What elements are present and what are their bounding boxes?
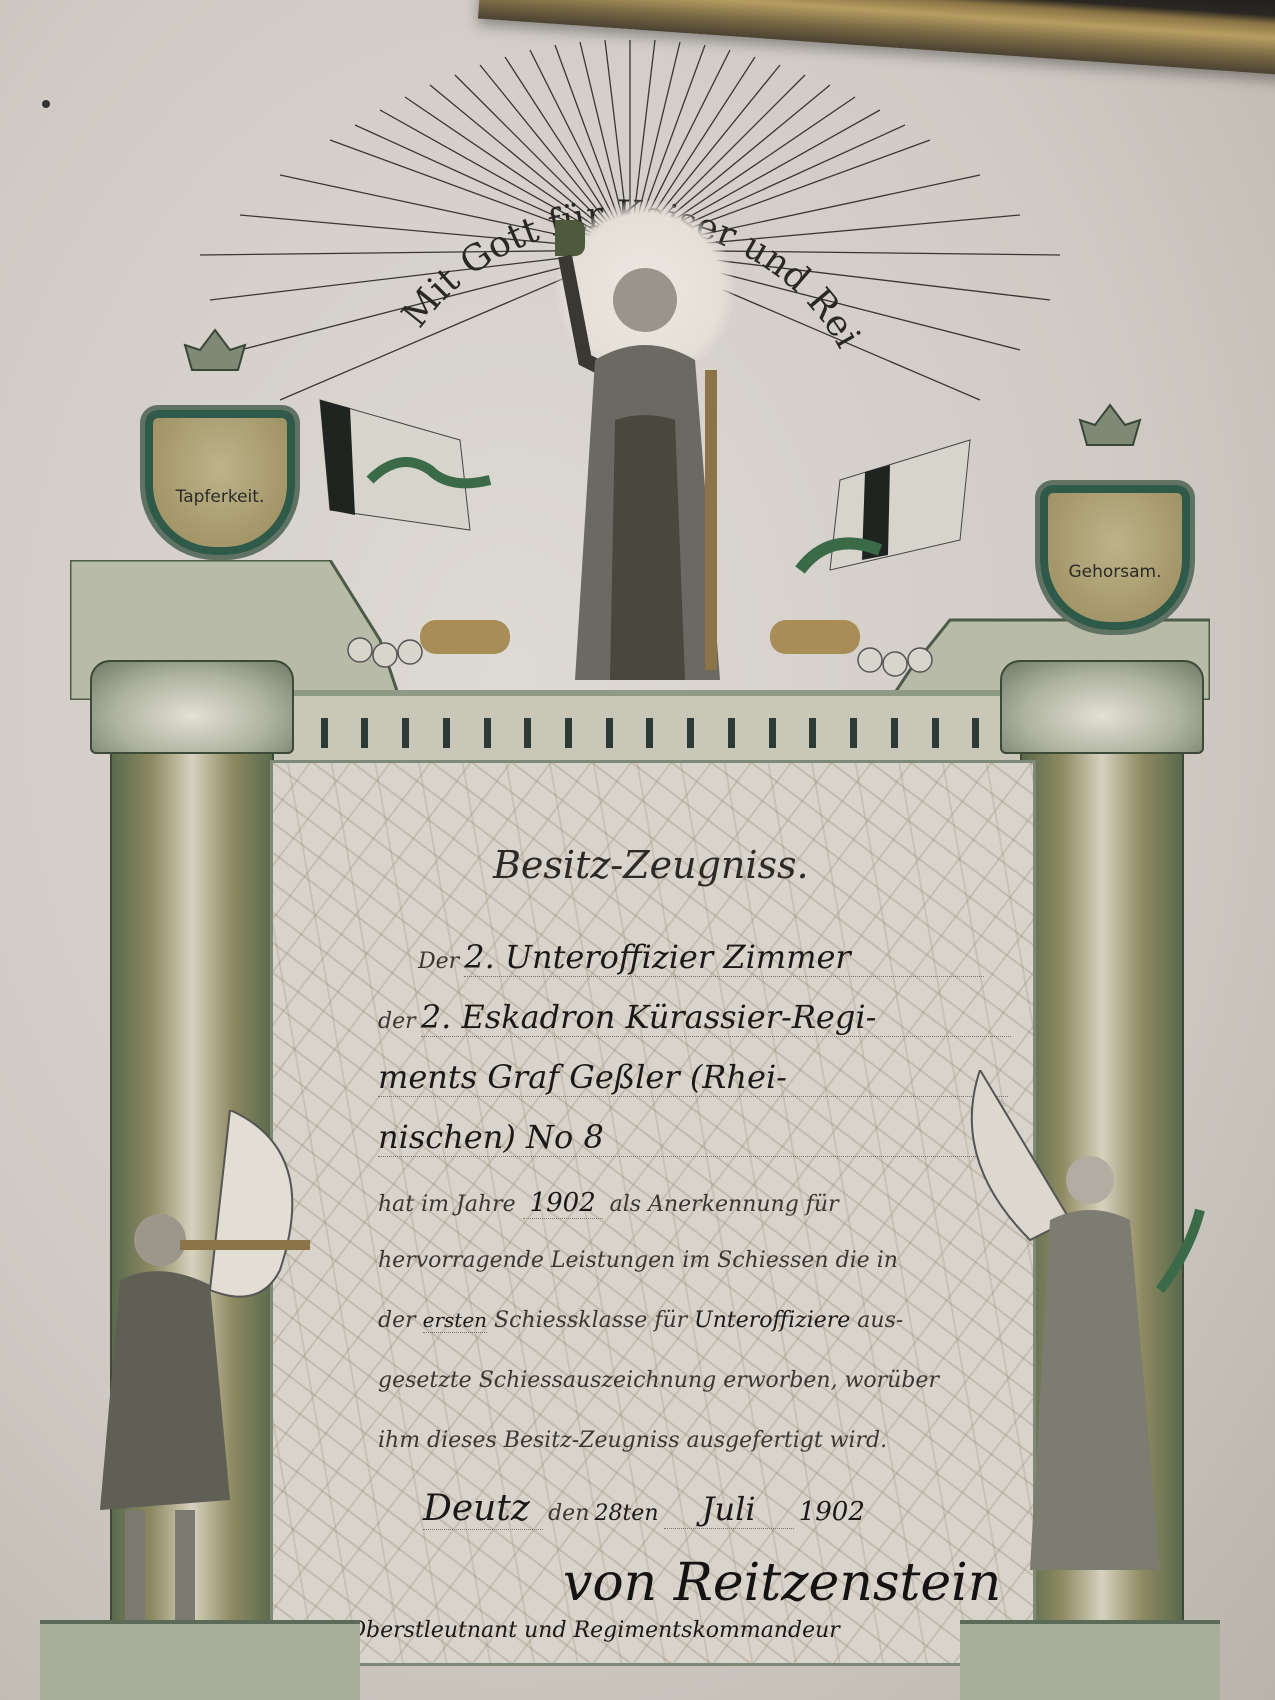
handwritten-year: 1902: [523, 1188, 603, 1219]
crest-ornament-left: [170, 325, 260, 395]
handwritten-rank-name: 2. Unteroffizier Zimmer: [464, 938, 984, 977]
signature: von Reitzenstein: [563, 1553, 1001, 1613]
body-line-5: hat im Jahre 1902 als Anerkennung für: [378, 1188, 839, 1219]
handwritten-month: Juli: [664, 1490, 794, 1529]
certificate-title: Besitz-Zeugniss.: [493, 843, 809, 887]
flags-right: [770, 420, 990, 620]
body-line-3: ments Graf Geßler (Rhei-: [378, 1058, 1018, 1097]
handwritten-class: ersten: [423, 1308, 487, 1333]
shield-gehorsam: Gehorsam.: [1035, 480, 1195, 635]
body-line-8: gesetzte Schiessauszeichnung erworben, w…: [378, 1368, 939, 1393]
handwritten-day: 28ten: [594, 1501, 658, 1526]
victory-angel-with-palm: [960, 1070, 1220, 1590]
svg-text:Mit Gott für Kaiser und Reich.: Mit Gott für Kaiser und Reich.: [0, 0, 868, 354]
body-line-2: der 2. Eskadron Kürassier-Regi-: [378, 998, 1018, 1037]
capital-left: [90, 660, 294, 754]
shield-label-right: Gehorsam.: [1068, 534, 1161, 582]
crest-ornament-right: [1065, 400, 1155, 470]
plinth-left: [40, 1620, 360, 1700]
shield-tapferkeit: Tapferkeit.: [140, 405, 300, 560]
herald-angel-with-trumpet: [60, 1110, 320, 1630]
body-line-7: der ersten Schiessklasse für Unteroffizi…: [378, 1308, 903, 1333]
handwritten-unit: 2. Eskadron Kürassier-Regi-: [421, 998, 1011, 1037]
trumpet-icon: [180, 1240, 310, 1250]
handwritten-regiment: ments Graf Geßler (Rhei-: [378, 1058, 1008, 1097]
body-line-1: Der 2. Unteroffizier Zimmer: [418, 938, 1008, 977]
cannon-icon: [420, 620, 510, 654]
dentil-row: [280, 718, 1020, 752]
printed-text: der: [378, 1009, 416, 1034]
dateline: Deutz den 28ten Juli 1902: [423, 1488, 865, 1530]
cannon-icon: [770, 620, 860, 654]
certificate-panel: Besitz-Zeugniss. Der 2. Unteroffizier Zi…: [270, 760, 1036, 1666]
motto-text: Mit Gott für Kaiser und Reich.: [0, 0, 868, 354]
printed-text: Der: [418, 949, 459, 974]
body-line-6: hervorragende Leistungen im Schiessen di…: [378, 1248, 898, 1273]
plinth-right: [960, 1620, 1220, 1700]
handwritten-rank-group: Unteroffiziere: [694, 1308, 850, 1333]
shield-label-left: Tapferkeit.: [176, 459, 265, 507]
palm-branch-icon: [1160, 1210, 1200, 1290]
body-line-4: nischen) No 8: [378, 1118, 1018, 1157]
handwritten-place: Deutz: [423, 1488, 543, 1530]
handwritten-date-year: 1902: [799, 1497, 865, 1527]
body-line-9: ihm dieses Besitz-Zeugniss ausgefertigt …: [378, 1428, 887, 1453]
capital-right: [1000, 660, 1204, 754]
imperial-crown-icon: [555, 220, 585, 256]
handwritten-regiment-number: nischen) No 8: [378, 1118, 1008, 1157]
flags-left: [310, 360, 530, 560]
signatory-rank: Oberstleutnant und Regimentskommandeur: [348, 1618, 840, 1643]
